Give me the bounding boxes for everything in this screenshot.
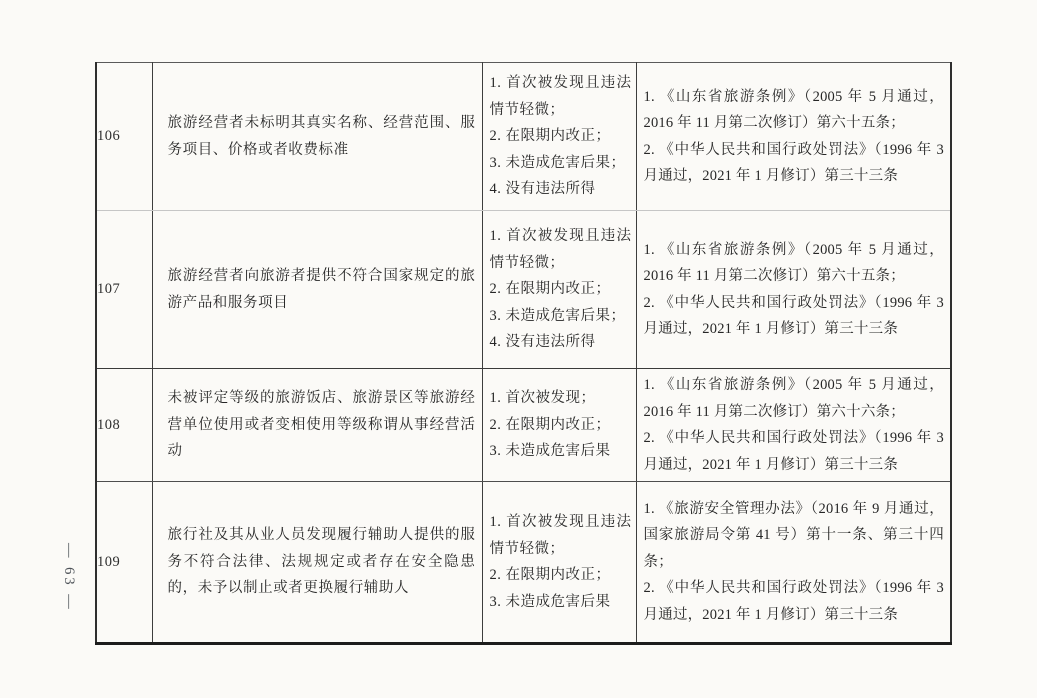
row-number-cell: 107 (96, 211, 152, 369)
criteria-item: 3. 未造成危害后果； (490, 150, 632, 177)
criteria-item: 1. 首次被发现且违法情节轻微； (490, 70, 632, 123)
basis-item: 1. 《山东省旅游条例》（2005 年 5 月通过，2016 年 11 月第二次… (644, 84, 945, 137)
criteria-item: 1. 首次被发现且违法情节轻微； (490, 509, 632, 562)
table-row: 106 旅游经营者未标明其真实名称、经营范围、服务项目、价格或者收费标准 1. … (96, 63, 951, 211)
criteria-item: 4. 没有违法所得 (490, 329, 632, 356)
violation-cell: 未被评定等级的旅游饭店、旅游景区等旅游经营单位使用或者变相使用等级称谓从事经营活… (152, 369, 482, 482)
criteria-item: 1. 首次被发现； (490, 385, 632, 412)
criteria-item: 3. 未造成危害后果 (490, 438, 632, 465)
basis-item: 1. 《山东省旅游条例》（2005 年 5 月通过，2016 年 11 月第二次… (644, 372, 945, 425)
legal-basis-cell: 1. 《山东省旅游条例》（2005 年 5 月通过，2016 年 11 月第二次… (636, 63, 951, 211)
criteria-cell: 1. 首次被发现且违法情节轻微； 2. 在限期内改正； 3. 未造成危害后果 (482, 482, 636, 644)
criteria-cell: 1. 首次被发现； 2. 在限期内改正； 3. 未造成危害后果 (482, 369, 636, 482)
basis-item: 2. 《中华人民共和国行政处罚法》（1996 年 3 月通过，2021 年 1 … (644, 425, 945, 478)
criteria-item: 1. 首次被发现且违法情节轻微； (490, 223, 632, 276)
legal-basis-cell: 1. 《山东省旅游条例》（2005 年 5 月通过，2016 年 11 月第二次… (636, 369, 951, 482)
violation-cell: 旅游经营者向旅游者提供不符合国家规定的旅游产品和服务项目 (152, 211, 482, 369)
table-row: 109 旅行社及其从业人员发现履行辅助人提供的服务不符合法律、法规规定或者存在安… (96, 482, 951, 644)
basis-item: 1. 《旅游安全管理办法》（2016 年 9 月通过，国家旅游局令第 41 号）… (644, 496, 945, 576)
criteria-cell: 1. 首次被发现且违法情节轻微； 2. 在限期内改正； 3. 未造成危害后果； … (482, 63, 636, 211)
row-number-cell: 109 (96, 482, 152, 644)
violation-text: 旅游经营者未标明其真实名称、经营范围、服务项目、价格或者收费标准 (168, 110, 476, 163)
violation-cell: 旅行社及其从业人员发现履行辅助人提供的服务不符合法律、法规规定或者存在安全隐患的… (152, 482, 482, 644)
row-number-cell: 106 (96, 63, 152, 211)
basis-item: 2. 《中华人民共和国行政处罚法》（1996 年 3 月通过，2021 年 1 … (644, 575, 945, 628)
criteria-item: 3. 未造成危害后果 (490, 589, 632, 616)
criteria-cell: 1. 首次被发现且违法情节轻微； 2. 在限期内改正； 3. 未造成危害后果； … (482, 211, 636, 369)
violation-cell: 旅游经营者未标明其真实名称、经营范围、服务项目、价格或者收费标准 (152, 63, 482, 211)
legal-basis-cell: 1. 《旅游安全管理办法》（2016 年 9 月通过，国家旅游局令第 41 号）… (636, 482, 951, 644)
criteria-item: 2. 在限期内改正； (490, 412, 632, 439)
basis-item: 2. 《中华人民共和国行政处罚法》（1996 年 3 月通过，2021 年 1 … (644, 290, 945, 343)
criteria-item: 2. 在限期内改正； (490, 562, 632, 589)
criteria-item: 3. 未造成危害后果； (490, 303, 632, 330)
legal-basis-cell: 1. 《山东省旅游条例》（2005 年 5 月通过，2016 年 11 月第二次… (636, 211, 951, 369)
violation-text: 旅游经营者向旅游者提供不符合国家规定的旅游产品和服务项目 (168, 263, 476, 316)
violation-text: 未被评定等级的旅游饭店、旅游景区等旅游经营单位使用或者变相使用等级称谓从事经营活… (168, 385, 476, 465)
criteria-item: 2. 在限期内改正； (490, 123, 632, 150)
document-page: — 63 — 106 旅游经营者未标明其真实名称、经营范围、服务项目、价格或者收… (0, 0, 1037, 698)
basis-item: 2. 《中华人民共和国行政处罚法》（1996 年 3 月通过，2021 年 1 … (644, 137, 945, 190)
page-number-vertical: — 63 — (60, 543, 77, 612)
table-row: 108 未被评定等级的旅游饭店、旅游景区等旅游经营单位使用或者变相使用等级称谓从… (96, 369, 951, 482)
regulation-table: 106 旅游经营者未标明其真实名称、经营范围、服务项目、价格或者收费标准 1. … (95, 62, 952, 645)
basis-item: 1. 《山东省旅游条例》（2005 年 5 月通过，2016 年 11 月第二次… (644, 237, 945, 290)
violation-text: 旅行社及其从业人员发现履行辅助人提供的服务不符合法律、法规规定或者存在安全隐患的… (168, 522, 476, 602)
table-row: 107 旅游经营者向旅游者提供不符合国家规定的旅游产品和服务项目 1. 首次被发… (96, 211, 951, 369)
row-number-cell: 108 (96, 369, 152, 482)
criteria-item: 2. 在限期内改正； (490, 276, 632, 303)
criteria-item: 4. 没有违法所得 (490, 176, 632, 203)
